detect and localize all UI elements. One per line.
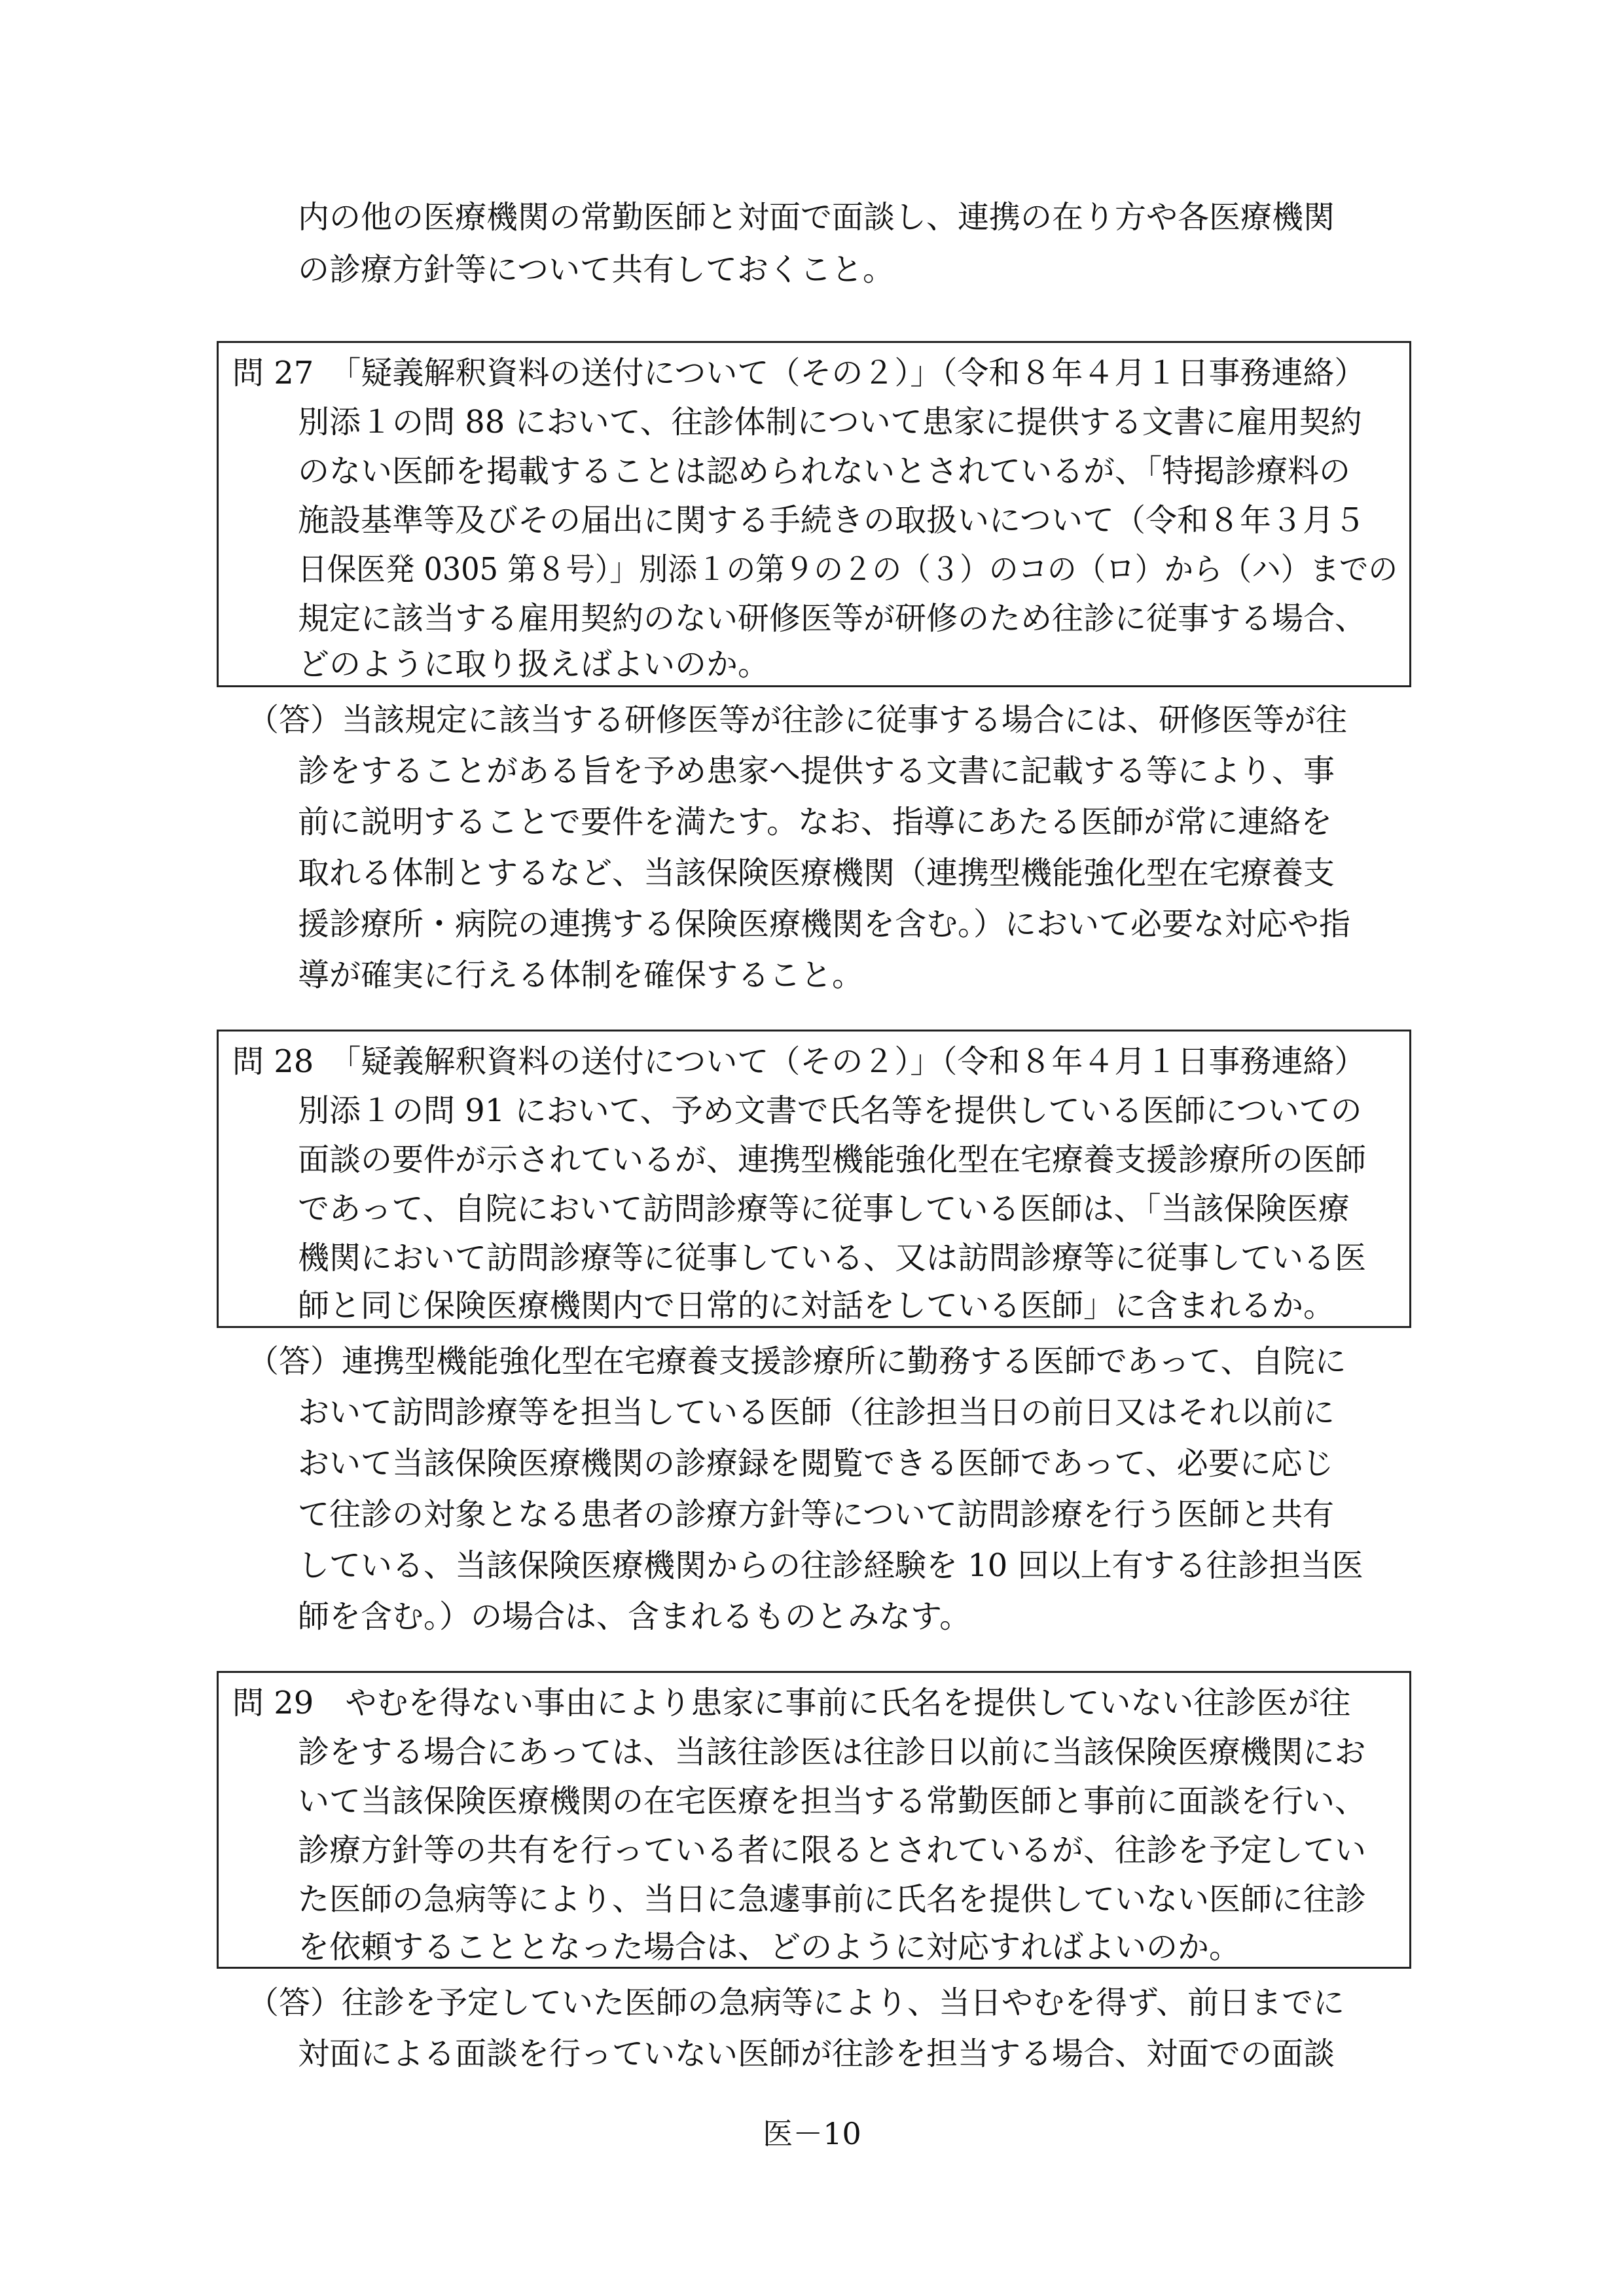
text-line: 内の他の医療機関の常勤医師と対面で面談し、連携の在り方や各医療機関 <box>298 191 1335 243</box>
answer-line: て往診の対象となる患者の診療方針等について訪問診療を行う医師と共有 <box>298 1488 1334 1541</box>
answer-line: している、当該保険医療機関からの往診経験を 10 回以上有する往診担当医 <box>298 1539 1363 1592</box>
question-line: 面談の要件が示されているが、連携型機能強化型在宅療養支援診療所の医師 <box>298 1134 1366 1186</box>
page-number: 医－10 <box>0 2114 1624 2153</box>
answer-line: 対面による面談を行っていない医師が往診を担当する場合、対面での面談 <box>298 2028 1335 2080</box>
answer-text: 前に説明することで要件を満たす。なお、指導にあたる医師が常に連絡を <box>298 796 1332 848</box>
answer-line: おいて当該保険医療機関の診療録を閲覧できる医師であって、必要に応じ <box>298 1437 1334 1490</box>
question-text: であって、自院において訪問診療等に従事している医師は、「当該保険医療 <box>298 1183 1350 1235</box>
question-line: 規定に該当する雇用契約のない研修医等が研修のため往診に従事する場合、 <box>298 592 1366 645</box>
question-line: 別添１の問 91 において、予め文書で氏名等を提供している医師についての <box>298 1085 1362 1137</box>
question-line: 師と同じ保険医療機関内で日常的に対話をしている医師」に含まれるか。 <box>298 1280 1335 1332</box>
question-text: 診をする場合にあっては、当該往診医は往診日以前に当該保険医療機関にお <box>298 1726 1366 1778</box>
question-line: 別添１の問 88 において、往診体制について患家に提供する文書に雇用契約 <box>298 396 1362 448</box>
question-text: 規定に該当する雇用契約のない研修医等が研修のため往診に従事する場合、 <box>298 592 1366 645</box>
answer-text: （答）往診を予定していた医師の急病等により、当日やむを得ず、前日までに <box>247 1977 1344 2029</box>
question-text: 機関において訪問診療等に従事している、又は訪問診療等に従事している医 <box>298 1232 1366 1284</box>
answer-text: （答）連携型機能強化型在宅療養支援診療所に勤務する医師であって、自院に <box>247 1335 1346 1388</box>
question-line: た医師の急病等により、当日に急遽事前に氏名を提供していない医師に往診 <box>298 1873 1366 1926</box>
question-text: 別添１の問 91 において、予め文書で氏名等を提供している医師についての <box>298 1085 1362 1137</box>
question-text: 施設基準等及びその届出に関する手続きの取扱いについて（令和８年３月５ <box>298 494 1365 547</box>
question-line: であって、自院において訪問診療等に従事している医師は、「当該保険医療 <box>298 1183 1350 1235</box>
answer-text: している、当該保険医療機関からの往診経験を 10 回以上有する往診担当医 <box>298 1539 1363 1592</box>
answer-text: 対面による面談を行っていない医師が往診を担当する場合、対面での面談 <box>298 2028 1335 2080</box>
question-line: 問 27 「疑義解釈資料の送付について（その２）」（令和８年４月１日事務連絡） <box>232 347 1365 399</box>
question-text: どのように取り扱えばよいのか。 <box>298 638 769 691</box>
question-line: 問 29 やむを得ない事由により患家に事前に氏名を提供していない往診医が往 <box>232 1677 1350 1729</box>
answer-line: 前に説明することで要件を満たす。なお、指導にあたる医師が常に連絡を <box>298 796 1332 848</box>
question-line: いて当該保険医療機関の在宅医療を担当する常勤医師と事前に面談を行い、 <box>298 1775 1366 1827</box>
question-text: 問 29 やむを得ない事由により患家に事前に氏名を提供していない往診医が往 <box>232 1677 1350 1729</box>
answer-line: （答）連携型機能強化型在宅療養支援診療所に勤務する医師であって、自院に <box>247 1335 1346 1388</box>
answer-text: おいて訪問診療等を担当している医師（往診担当日の前日又はそれ以前に <box>298 1386 1335 1439</box>
question-text: のない医師を掲載することは認められないとされているが、「特掲診療料の <box>298 445 1350 497</box>
question-line: を依頼することとなった場合は、どのように対応すればよいのか。 <box>298 1921 1240 1973</box>
question-line: 機関において訪問診療等に従事している、又は訪問診療等に従事している医 <box>298 1232 1366 1284</box>
answer-line: 導が確実に行える体制を確保すること。 <box>298 949 863 1001</box>
answer-line: （答）往診を予定していた医師の急病等により、当日やむを得ず、前日までに <box>247 1977 1344 2029</box>
answer-text: 師を含む。）の場合は、含まれるものとみなす。 <box>298 1590 971 1643</box>
question-text: いて当該保険医療機関の在宅医療を担当する常勤医師と事前に面談を行い、 <box>298 1775 1366 1827</box>
answer-line: 取れる体制とするなど、当該保険医療機関（連携型機能強化型在宅療養支 <box>298 847 1335 899</box>
question-text: を依頼することとなった場合は、どのように対応すればよいのか。 <box>298 1921 1240 1973</box>
question-line: 診療方針等の共有を行っている者に限るとされているが、往診を予定してい <box>298 1824 1366 1876</box>
question-text: 面談の要件が示されているが、連携型機能強化型在宅療養支援診療所の医師 <box>298 1134 1366 1186</box>
answer-text: 診をすることがある旨を予め患家へ提供する文書に記載する等により、事 <box>298 745 1335 797</box>
question-line: 施設基準等及びその届出に関する手続きの取扱いについて（令和８年３月５ <box>298 494 1365 547</box>
answer-line: おいて訪問診療等を担当している医師（往診担当日の前日又はそれ以前に <box>298 1386 1335 1439</box>
answer-text: 援診療所・病院の連携する保険医療機関を含む。）において必要な対応や指 <box>298 898 1350 950</box>
text-line: の診療方針等について共有しておくこと。 <box>298 243 894 296</box>
answer-text: 取れる体制とするなど、当該保険医療機関（連携型機能強化型在宅療養支 <box>298 847 1335 899</box>
answer-text: て往診の対象となる患者の診療方針等について訪問診療を行う医師と共有 <box>298 1488 1334 1541</box>
question-line: どのように取り扱えばよいのか。 <box>298 638 769 691</box>
question-text: た医師の急病等により、当日に急遽事前に氏名を提供していない医師に往診 <box>298 1873 1366 1926</box>
answer-text: （答）当該規定に該当する研修医等が往診に従事する場合には、研修医等が往 <box>247 694 1347 746</box>
answer-text: 導が確実に行える体制を確保すること。 <box>298 949 863 1001</box>
answer-line: 診をすることがある旨を予め患家へ提供する文書に記載する等により、事 <box>298 745 1335 797</box>
question-line: 診をする場合にあっては、当該往診医は往診日以前に当該保険医療機関にお <box>298 1726 1366 1778</box>
question-text: 問 27 「疑義解釈資料の送付について（その２）」（令和８年４月１日事務連絡） <box>232 347 1365 399</box>
text-line-content: の診療方針等について共有しておくこと。 <box>298 243 894 296</box>
question-text: 日保医発 0305 第８号）」別添１の第９の２の（３）のコの（ロ）から（ハ）まで… <box>298 543 1398 596</box>
question-line: のない医師を掲載することは認められないとされているが、「特掲診療料の <box>298 445 1350 497</box>
answer-line: 師を含む。）の場合は、含まれるものとみなす。 <box>298 1590 971 1643</box>
question-text: 師と同じ保険医療機関内で日常的に対話をしている医師」に含まれるか。 <box>298 1280 1335 1332</box>
answer-line: 援診療所・病院の連携する保険医療機関を含む。）において必要な対応や指 <box>298 898 1350 950</box>
question-line: 日保医発 0305 第８号）」別添１の第９の２の（３）のコの（ロ）から（ハ）まで… <box>298 543 1482 596</box>
question-text: 別添１の問 88 において、往診体制について患家に提供する文書に雇用契約 <box>298 396 1362 448</box>
answer-line: （答）当該規定に該当する研修医等が往診に従事する場合には、研修医等が往 <box>247 694 1347 746</box>
text-line-content: 内の他の医療機関の常勤医師と対面で面談し、連携の在り方や各医療機関 <box>298 191 1335 243</box>
question-text: 問 28 「疑義解釈資料の送付について（その２）」（令和８年４月１日事務連絡） <box>232 1035 1365 1088</box>
question-text: 診療方針等の共有を行っている者に限るとされているが、往診を予定してい <box>298 1824 1366 1876</box>
question-line: 問 28 「疑義解釈資料の送付について（その２）」（令和８年４月１日事務連絡） <box>232 1035 1365 1088</box>
answer-text: おいて当該保険医療機関の診療録を閲覧できる医師であって、必要に応じ <box>298 1437 1334 1490</box>
